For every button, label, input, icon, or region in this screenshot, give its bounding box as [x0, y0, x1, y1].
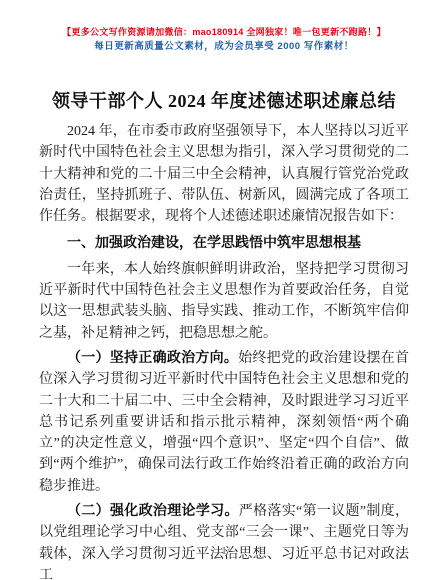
page-number: 1	[0, 546, 448, 557]
header-watermark: 【更多公文写作资源请加微信：mao180914 全网独家！唯一包更新不跑路！】 …	[0, 0, 448, 54]
subsection-2-lead: （二）强化政治理论学习。	[67, 504, 239, 519]
subsection-1-text: 始终把党的政治建设摆在首位深入学习贯彻习近平新时代中国特色社会主义思想和党的二十…	[39, 351, 409, 494]
document-title: 领导干部个人 2024 年度述德述职述廉总结	[0, 87, 448, 113]
watermark-line-blue: 每日更新高质量公文素材，成为会员享受 2000 写作素材！	[0, 40, 448, 54]
section-heading-1: 一、加强政治建设，在学思践悟中筑牢思想根基	[39, 233, 409, 254]
watermark-line-red: 【更多公文写作资源请加微信：mao180914 全网独家！唯一包更新不跑路！】	[0, 25, 448, 39]
subsection-1-lead: （一）坚持正确政治方向。	[67, 351, 238, 366]
document-page: 【更多公文写作资源请加微信：mao180914 全网独家！唯一包更新不跑路！】 …	[0, 0, 448, 580]
document-body: 2024 年，在市委市政府坚强领导下，本人坚持以习近平新时代中国特色社会主义思想…	[39, 121, 409, 580]
paragraph-subsection-1: （一）坚持正确政治方向。始终把党的政治建设摆在首位深入学习贯彻习近平新时代中国特…	[39, 348, 409, 497]
paragraph-intro: 2024 年，在市委市政府坚强领导下，本人坚持以习近平新时代中国特色社会主义思想…	[39, 121, 409, 227]
paragraph-section-1: 一年来，本人始终旗帜鲜明讲政治，坚持把学习贯彻习近平新时代中国特色社会主义思想作…	[39, 259, 409, 344]
paragraph-subsection-2: （二）强化政治理论学习。严格落实“第一议题”制度，以党组理论学习中心组、党支部“…	[39, 501, 409, 580]
